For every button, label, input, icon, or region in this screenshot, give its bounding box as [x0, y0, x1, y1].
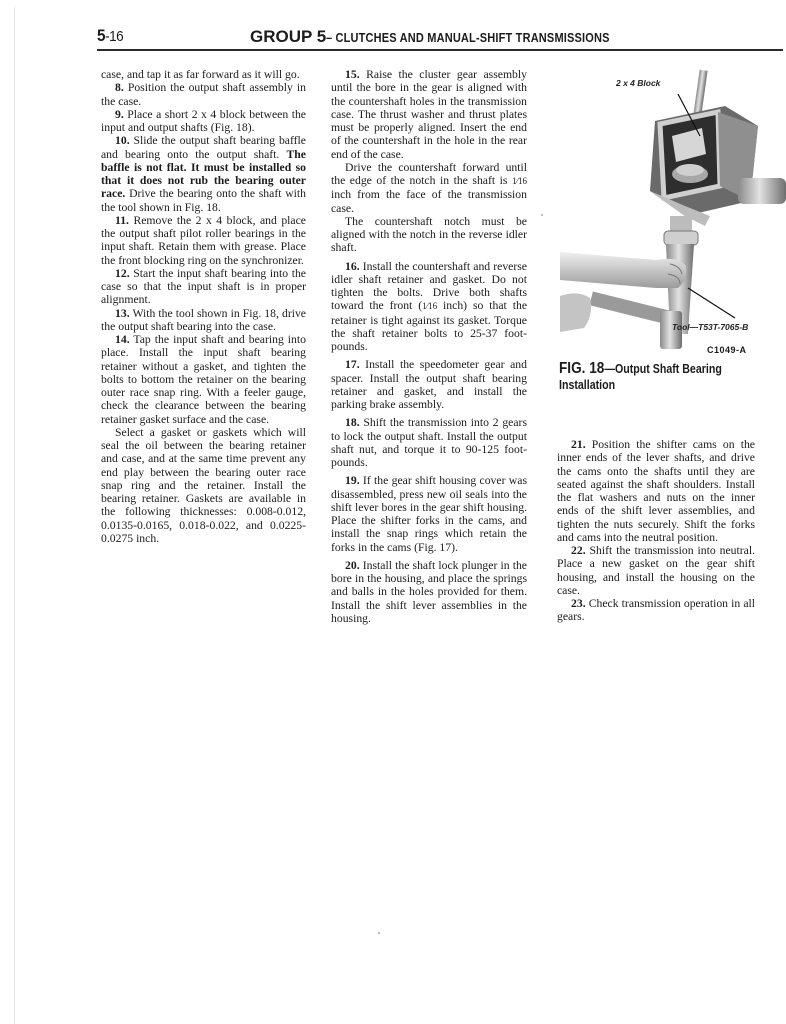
page-number-sub: -16: [105, 28, 123, 45]
step-text: Slide the output shaft bearing baffle an…: [101, 134, 306, 160]
step-number: 14.: [115, 333, 130, 346]
step-text: Shift the transmission into neutral. Pla…: [557, 544, 755, 597]
step-9: 9. Place a short 2 x 4 block between the…: [101, 108, 306, 135]
step-text: With the tool shown in Fig. 18, drive th…: [101, 307, 306, 333]
text-column-3: 21. Position the shifter cams on the inn…: [557, 438, 755, 624]
paragraph-drive-countershaft: Drive the countershaft forward until the…: [331, 161, 527, 215]
paragraph-text: inch from the face of the transmission c…: [331, 188, 527, 214]
step-number: 18.: [345, 416, 360, 429]
step-18: 18. Shift the transmission into 2 gears …: [331, 416, 527, 469]
group-label: GROUP 5: [250, 27, 326, 46]
fraction: 1⁄16: [422, 301, 437, 311]
step-10: 10. Slide the output shaft bearing baffl…: [101, 134, 306, 214]
paragraph-continuation: case, and tap it as far forward as it wi…: [101, 68, 306, 81]
step-text: Place a short 2 x 4 block between the in…: [101, 108, 306, 134]
step-number: 9.: [115, 108, 124, 121]
group-title: – CLUTCHES AND MANUAL-SHIFT TRANSMISSION…: [326, 31, 610, 45]
step-text: Install the shaft lock plunger in the bo…: [331, 559, 527, 625]
step-text: If the gear shift housing cover was disa…: [331, 474, 527, 553]
step-text: Tap the input shaft and bearing into pla…: [101, 333, 306, 426]
step-number: 23.: [571, 597, 586, 610]
paragraph-notch-alignment: The countershaft notch must be aligned w…: [331, 215, 527, 255]
figure-code: C1049-A: [707, 345, 747, 355]
step-number: 17.: [345, 358, 360, 371]
page-number: 5-16: [97, 26, 123, 46]
step-number: 15.: [345, 68, 360, 81]
step-14: 14. Tap the input shaft and bearing into…: [101, 333, 306, 426]
step-text: Check transmission operation in all gear…: [557, 597, 755, 623]
step-8: 8. Position the output shaft assembly in…: [101, 81, 306, 108]
step-15: 15. Raise the cluster gear assembly unti…: [331, 68, 527, 161]
page-number-main: 5: [97, 26, 105, 45]
paragraph-gasket-selection: Select a gasket or gaskets which will se…: [101, 426, 306, 545]
step-number: 21.: [571, 438, 586, 451]
step-23: 23. Check transmission operation in all …: [557, 597, 755, 624]
step-11: 11. Remove the 2 x 4 block, and place th…: [101, 214, 306, 267]
fraction: 1⁄16: [512, 176, 527, 186]
step-text: Position the shifter cams on the inner e…: [557, 438, 755, 544]
text-column-2: 15. Raise the cluster gear assembly unti…: [331, 68, 527, 625]
text-column-1: case, and tap it as far forward as it wi…: [101, 68, 306, 545]
step-number: 10.: [115, 134, 130, 147]
header-rule: [97, 49, 783, 51]
print-speck: [541, 214, 543, 216]
callout-2x4-block: 2 x 4 Block: [616, 78, 660, 88]
step-text: Drive the bearing onto the shaft with th…: [101, 187, 306, 213]
step-20: 20. Install the shaft lock plunger in th…: [331, 559, 527, 625]
step-17: 17. Install the speedometer gear and spa…: [331, 358, 527, 411]
figure-number: FIG. 18: [559, 360, 604, 377]
step-16: 16. Install the countershaft and reverse…: [331, 260, 527, 354]
page-edge: [14, 6, 18, 1024]
page-header: 5-16 GROUP 5 – CLUTCHES AND MANUAL-SHIFT…: [97, 26, 783, 48]
step-22: 22. Shift the transmission into neutral.…: [557, 544, 755, 597]
step-21: 21. Position the shifter cams on the inn…: [557, 438, 755, 544]
step-text: Remove the 2 x 4 block, and place the ou…: [101, 214, 306, 267]
step-number: 11.: [115, 214, 129, 227]
step-number: 19.: [345, 474, 360, 487]
callout-tool: Tool—T53T-7065-B: [672, 322, 748, 332]
step-19: 19. If the gear shift housing cover was …: [331, 474, 527, 554]
step-text: Install the speedometer gear and spacer.…: [331, 358, 527, 411]
transmission-photo-icon: [560, 66, 786, 356]
step-text: Raise the cluster gear assembly until th…: [331, 68, 527, 161]
paragraph-text: Drive the countershaft forward until the…: [331, 161, 527, 187]
running-head: GROUP 5 – CLUTCHES AND MANUAL-SHIFT TRAN…: [250, 27, 649, 47]
step-number: 13.: [115, 307, 130, 320]
step-number: 8.: [115, 81, 124, 94]
step-text: Start the input shaft bearing into the c…: [101, 267, 306, 307]
step-number: 22.: [571, 544, 586, 557]
step-text: Shift the transmission into 2 gears to l…: [331, 416, 527, 469]
step-text: Position the output shaft assembly in th…: [101, 81, 306, 107]
print-speck: [378, 932, 380, 934]
figure-caption: FIG. 18—Output Shaft Bearing Installatio…: [559, 361, 729, 393]
step-number: 20.: [345, 559, 360, 572]
step-number: 12.: [115, 267, 130, 280]
step-number: 16.: [345, 260, 360, 273]
figure-18-illustration: 2 x 4 Block Tool—T53T-7065-B: [560, 66, 786, 356]
step-13: 13. With the tool shown in Fig. 18, driv…: [101, 307, 306, 334]
step-12: 12. Start the input shaft bearing into t…: [101, 267, 306, 307]
